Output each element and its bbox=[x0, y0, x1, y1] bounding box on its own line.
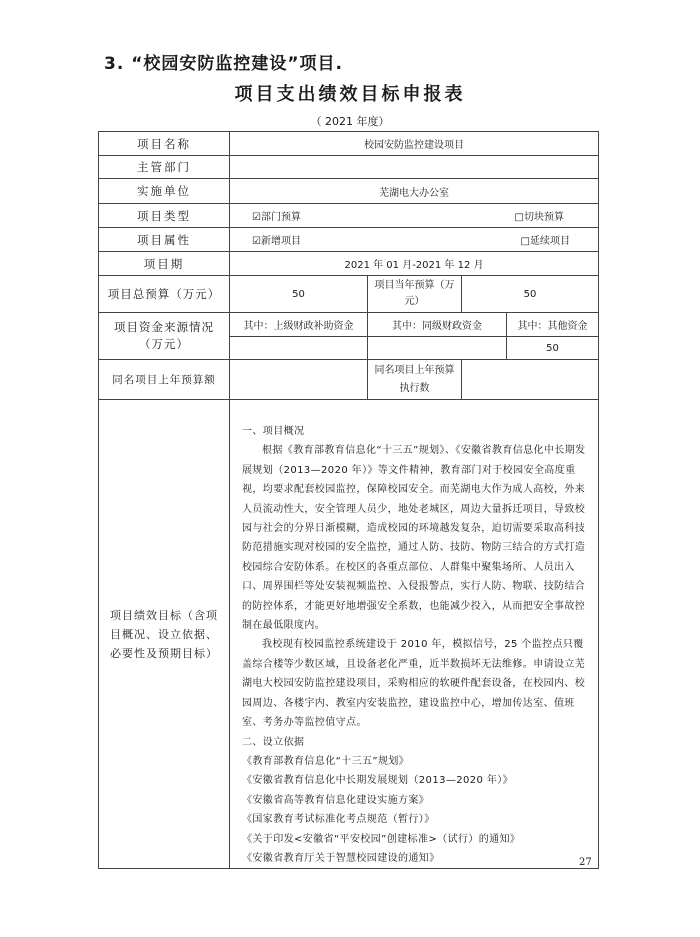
basis-ref: 《安徽省教育信息化中长期发展规划（2013—2020 年）》 bbox=[242, 771, 590, 790]
funding-value-superior bbox=[230, 337, 368, 360]
type-options: ☑部门预算 □切块预算 bbox=[230, 204, 599, 228]
basis-ref: 《安徽省高等教育信息化建设实施方案》 bbox=[242, 791, 590, 810]
label-goals: 项目绩效目标（含项目概况、设立依据、必要性及预期目标） bbox=[99, 400, 230, 869]
section-basis-heading: 二、设立依据 bbox=[242, 733, 590, 752]
overview-paragraph-2: 我校现有校园监控系统建设于 2010 年，模拟信号，25 个监控点只覆盖综合楼等… bbox=[242, 635, 590, 732]
overview-paragraph-1: 根据《教育部教育信息化“十三五”规划》、《安徽省教育信息化中长期发展规划（201… bbox=[242, 441, 590, 635]
label-department: 主管部门 bbox=[99, 156, 230, 179]
label-type: 项目类型 bbox=[99, 204, 230, 228]
label-current-budget: 项目当年预算（万元） bbox=[368, 276, 462, 313]
basis-ref: 《关于印发<安徽省“平安校园”创建标准>（试行）的通知》 bbox=[242, 830, 590, 849]
value-period: 2021 年 01 月-2021 年 12 月 bbox=[230, 252, 599, 276]
value-department bbox=[230, 156, 599, 179]
row-period: 项目期 2021 年 01 月-2021 年 12 月 bbox=[99, 252, 599, 276]
label-period: 项目期 bbox=[99, 252, 230, 276]
funding-header-superior: 其中：上级财政补助资金 bbox=[230, 313, 368, 337]
row-project-name: 项目名称 校园安防监控建设项目 bbox=[99, 132, 599, 156]
checkbox-continuing-project[interactable]: □延续项目 bbox=[521, 232, 570, 247]
label-funding: 项目资金来源情况（万元） bbox=[99, 313, 230, 360]
row-unit: 实施单位 芜湖电大办公室 bbox=[99, 179, 599, 204]
value-current-budget: 50 bbox=[462, 276, 599, 313]
form-title: 项目支出绩效目标申报表 bbox=[0, 80, 700, 106]
label-last-year-exec: 同名项目上年预算执行数 bbox=[368, 360, 462, 400]
value-last-year-budget bbox=[230, 360, 368, 400]
funding-header-same-level: 其中：同级财政资金 bbox=[368, 313, 507, 337]
value-last-year-exec bbox=[462, 360, 599, 400]
value-unit: 芜湖电大办公室 bbox=[230, 179, 599, 204]
form-year: （ 2021 年度） bbox=[0, 113, 700, 129]
section-heading: 3. “校园安防监控建设”项目. bbox=[104, 49, 343, 74]
value-total-budget: 50 bbox=[230, 276, 368, 313]
attribute-options: ☑新增项目 □延续项目 bbox=[230, 228, 599, 252]
label-attribute: 项目属性 bbox=[99, 228, 230, 252]
page-number: 27 bbox=[579, 857, 592, 868]
basis-ref: 《安徽省教育厅关于智慧校园建设的通知》 bbox=[242, 849, 590, 868]
funding-value-other: 50 bbox=[507, 337, 599, 360]
label-unit: 实施单位 bbox=[99, 179, 230, 204]
funding-value-same-level bbox=[368, 337, 507, 360]
label-project-name: 项目名称 bbox=[99, 132, 230, 156]
row-last-year: 同名项目上年预算额 同名项目上年预算执行数 bbox=[99, 360, 599, 400]
basis-ref: 《教育部教育信息化“十三五”规划》 bbox=[242, 752, 590, 771]
performance-target-form: 项目名称 校园安防监控建设项目 主管部门 实施单位 芜湖电大办公室 项目类型 ☑… bbox=[98, 131, 599, 869]
basis-ref: 《国家教育考试标准化考点规范（暂行）》 bbox=[242, 810, 590, 829]
label-total-budget: 项目总预算（万元） bbox=[99, 276, 230, 313]
row-budget: 项目总预算（万元） 50 项目当年预算（万元） 50 bbox=[99, 276, 599, 313]
row-funding-headers: 项目资金来源情况（万元） 其中：上级财政补助资金 其中：同级财政资金 其中：其他… bbox=[99, 313, 599, 337]
row-goals: 项目绩效目标（含项目概况、设立依据、必要性及预期目标） 一、项目概况 根据《教育… bbox=[99, 400, 599, 869]
checkbox-new-project[interactable]: ☑新增项目 bbox=[252, 232, 301, 247]
section-overview-heading: 一、项目概况 bbox=[242, 422, 590, 441]
label-last-year-budget: 同名项目上年预算额 bbox=[99, 360, 230, 400]
goals-content: 一、项目概况 根据《教育部教育信息化“十三五”规划》、《安徽省教育信息化中长期发… bbox=[230, 400, 599, 869]
row-department: 主管部门 bbox=[99, 156, 599, 179]
funding-header-other: 其中：其他资金 bbox=[507, 313, 599, 337]
row-type: 项目类型 ☑部门预算 □切块预算 bbox=[99, 204, 599, 228]
checkbox-department-budget[interactable]: ☑部门预算 bbox=[252, 208, 301, 223]
row-attribute: 项目属性 ☑新增项目 □延续项目 bbox=[99, 228, 599, 252]
value-project-name: 校园安防监控建设项目 bbox=[230, 132, 599, 156]
checkbox-block-budget[interactable]: □切块预算 bbox=[515, 208, 564, 223]
